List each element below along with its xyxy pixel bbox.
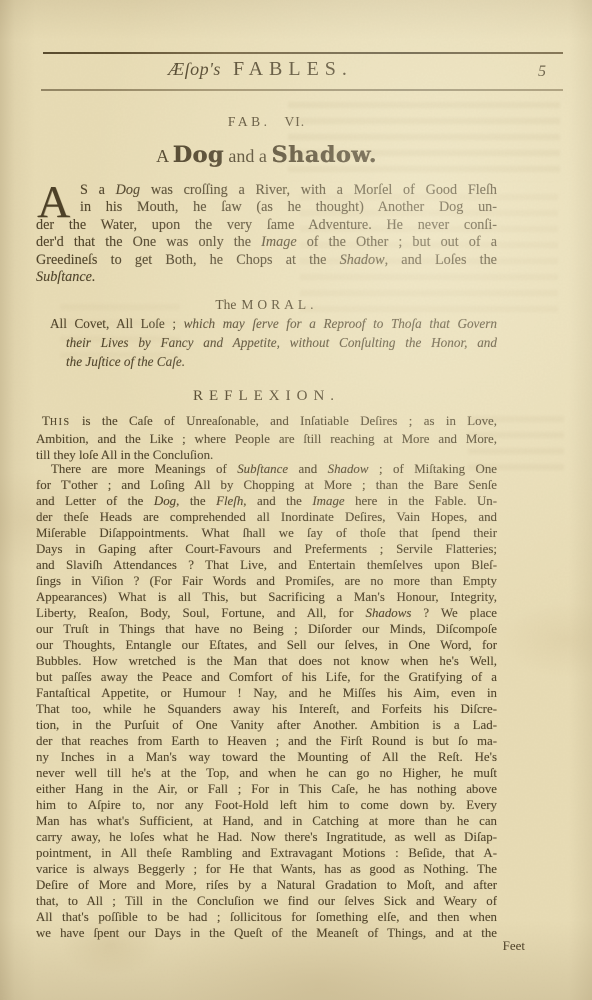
text-line: but paſſes away the Peace and Comfort of… xyxy=(36,669,497,685)
moral-heading-caps: MORAL. xyxy=(241,297,317,312)
verso-bleedthrough xyxy=(288,98,560,182)
reflexion-paragraph-1: THIS is the Caſe of Unreaſonable, and In… xyxy=(36,413,497,463)
text-line: Days in Gaping after Court-Favours and P… xyxy=(36,541,497,557)
text-line: S a Dog was croſſing a River, with a Mor… xyxy=(80,182,497,199)
text-line: That too, while he Squanders away his In… xyxy=(36,701,497,717)
text-line: Subſtance. xyxy=(36,269,497,286)
fable-numeral: VI. xyxy=(285,114,306,129)
fable-number-label: FAB. xyxy=(228,114,271,129)
fable-text-full-width: der the Water, upon the very ſame Advent… xyxy=(36,217,497,287)
running-title: Æſop's FABLES. xyxy=(30,58,491,81)
running-title-author: Æſop's xyxy=(168,59,221,79)
text-line: Ambition, and the Like ; where People ar… xyxy=(36,431,497,447)
header-rule-top xyxy=(43,52,563,54)
text-line: our Thoughts, Entangle our Eſtates, and … xyxy=(36,637,497,653)
text-line: either Hang in the Air, or Fall ; For in… xyxy=(36,781,497,797)
text-line: Bubbles. How wretched is the Man that do… xyxy=(36,653,497,669)
fable-text: A S a Dog was croſſing a River, with a M… xyxy=(36,182,497,286)
text-line: in his Mouth, he ſaw (as he thought) Ano… xyxy=(80,199,497,216)
text-line: and Letter of the Dog, the Fleſh, and th… xyxy=(36,493,497,509)
text-line: Liberty, Reaſon, Body, Soul, Fortune, an… xyxy=(36,605,497,621)
text-line: him to Aſpire to, nor any Foot-Hold left… xyxy=(36,797,497,813)
page-number: 5 xyxy=(538,63,546,81)
moral-heading-the: The xyxy=(215,297,236,312)
text-line: der that reaches from Earth to Heaven ; … xyxy=(36,733,497,749)
reflexion-heading: REFLEXION. xyxy=(36,388,497,405)
running-title-fables: FABLES. xyxy=(233,58,353,80)
fable-text-beside-dropcap: S a Dog was croſſing a River, with a Mor… xyxy=(80,182,497,217)
book-page-scan: Æſop's FABLES. 5 FAB.VI. A Dog and a Sha… xyxy=(0,0,592,1000)
text-line: Man has what's Sufficient, at Hand, and … xyxy=(36,813,497,829)
text-line: and Slaviſh Attendances ? That Live, and… xyxy=(36,557,497,573)
text-line: our Truſt in Things that have no Being ;… xyxy=(36,621,497,637)
fable-title: A Dog and a Shadow. xyxy=(36,142,497,168)
moral-text: All Covet, All Loſe ; which may ſerve fo… xyxy=(36,314,497,371)
text-line: never well till he's at the Top, and whe… xyxy=(36,765,497,781)
text-line: der theſe Heads are comprehended all Ino… xyxy=(36,509,497,525)
text-line: Fantaſtical Appetite, or Humour ! Nay, a… xyxy=(36,685,497,701)
text-line: ſings in Viſion ? (For Fair Words and Pr… xyxy=(36,573,497,589)
text-line: There are more Meanings of Subſtance and… xyxy=(36,461,497,477)
text-line: All that's poſſible to be had ; ſollicit… xyxy=(36,909,497,925)
text-line: carry away, he loſes what he Had. Now th… xyxy=(36,829,497,845)
header-rule-bottom xyxy=(41,89,563,91)
text-line: tion, in the Purſuit of One Vanity after… xyxy=(36,717,497,733)
catchword: Feet xyxy=(36,938,525,954)
text-line: THIS is the Caſe of Unreaſonable, and In… xyxy=(36,413,497,431)
text-line: der'd that the One was only the Image of… xyxy=(36,234,497,251)
text-line: der the Water, upon the very ſame Advent… xyxy=(36,217,497,234)
text-line: ny Inches in a Man's way toward the Moun… xyxy=(36,749,497,765)
reflexion-paragraph-2: There are more Meanings of Subſtance and… xyxy=(36,461,497,941)
text-line: Deſire of More and More, riſes by a Natu… xyxy=(36,877,497,893)
text-line: the Juſtice of the Caſe. xyxy=(66,352,497,371)
drop-cap: A xyxy=(37,184,81,220)
moral-heading: TheMORAL. xyxy=(36,297,497,313)
text-line: their Lives by Fancy and Appetite, witho… xyxy=(66,333,497,352)
text-line: Appearances) What is all This, but Sacri… xyxy=(36,589,497,605)
text-line: pointment, in All theſe Rambling and Ext… xyxy=(36,845,497,861)
text-line: for T'other ; and Loſing All by Chopping… xyxy=(36,477,497,493)
text-line: Greedineſs to get Both, he Chops at the … xyxy=(36,252,497,269)
text-line: varice is always Beggerly ; for He that … xyxy=(36,861,497,877)
fable-number-heading: FAB.VI. xyxy=(36,114,497,130)
text-line: that, to All ; Till in the Concluſion we… xyxy=(36,893,497,909)
text-line: Miſerable Diſappointments. What ſhall we… xyxy=(36,525,497,541)
text-line: All Covet, All Loſe ; which may ſerve fo… xyxy=(50,314,497,333)
